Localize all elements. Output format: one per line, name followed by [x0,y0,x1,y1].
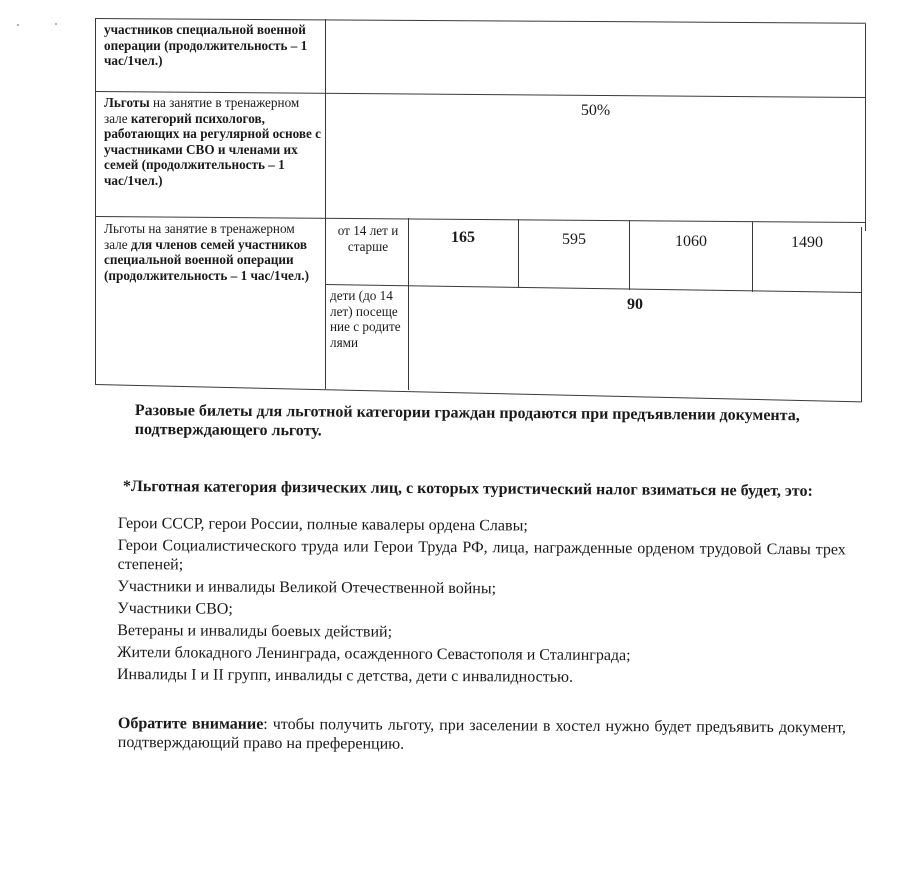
exempt-item: Жители блокадного Ленинграда, осажденног… [117,643,845,666]
price-cell: 1060 [630,233,752,251]
table-border [865,24,866,231]
row2-label: Льготы на занятие в тренажерном зале кат… [104,95,322,189]
age-group-adult: от 14 лет и старше [333,223,403,254]
row2-value: 50% [326,102,865,120]
table-border [95,18,96,384]
exempt-item: Участники СВО; [117,599,845,622]
table-border [518,219,519,288]
exempt-item: Герои СССР, герои России, полные кавалер… [118,514,846,537]
exempt-item: Ветераны и инвалиды боевых действий; [117,621,845,644]
price-cell: 1490 [753,234,861,252]
price-cell: 165 [408,229,518,247]
exempt-list: Герои СССР, герои России, полные кавалер… [117,514,846,688]
row3-label-part: для членов семей участников специальной … [104,237,309,283]
price-cell-children: 90 [409,296,861,314]
exempt-item: Герои Социалистического труда или Герои … [118,536,846,578]
exempt-item: Инвалиды I и II групп, инвалиды с детств… [117,665,845,688]
table-border [325,19,326,389]
table-border [752,222,753,292]
table-border [629,220,630,290]
exempt-heading: *Льготная категория физических лиц, с ко… [123,477,833,501]
price-cell: 595 [519,231,629,249]
exempt-heading-text: *Льготная категория физических лиц, с ко… [123,477,833,501]
scan-speck [17,24,19,26]
row1-label-text: участников специальной военной операции … [104,22,307,68]
row1-label: участников специальной военной операции … [104,22,319,69]
row3-label: Льготы на занятие в тренажерном зале для… [104,221,319,283]
table-border [325,284,862,293]
tickets-note: Разовые билеты для льготной категории гр… [135,401,815,444]
row2-label-part: категорий психологов, работающих на регу… [104,111,321,188]
row2-label-part: Льготы [104,95,150,110]
table-border [861,227,862,402]
age-group-children: дети (до 14 лет) посещение с родителями [330,288,402,350]
attention-label: Обратите внимание [118,715,263,733]
table-border [95,384,862,402]
exempt-item: Участники и инвалиды Великой Отечественн… [117,577,845,600]
attention-note: Обратите внимание: чтобы получить льготу… [118,714,846,756]
scan-speck [55,23,57,25]
